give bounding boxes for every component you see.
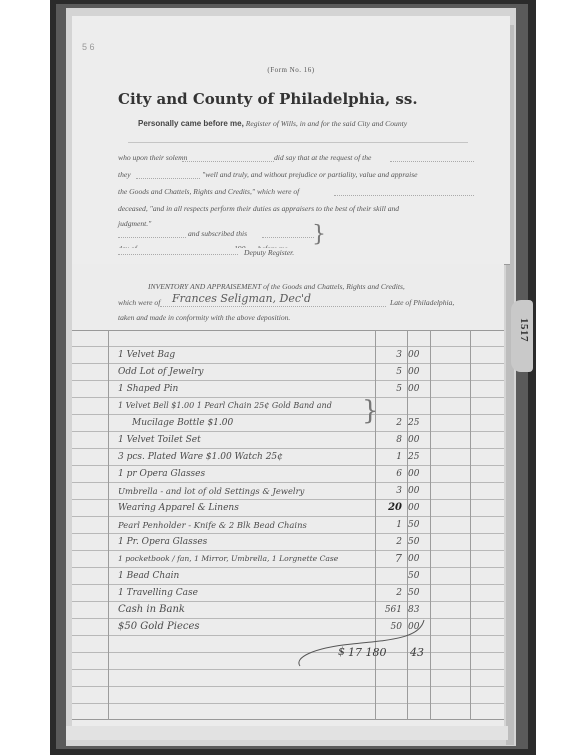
ledger-rule	[72, 499, 504, 500]
total-flourish	[292, 618, 432, 668]
inventory-line-2b: Late of Philadelphia,	[390, 298, 454, 307]
item-description: 1 Velvet Bag	[118, 350, 175, 360]
deposition-line-3b: "well and truly, and without prejudice o…	[202, 170, 418, 179]
item-dollars: 3	[372, 350, 402, 360]
item-description: Pearl Penholder - Knife & 2 Blk Bead Cha…	[118, 520, 307, 530]
total-cents: 43	[410, 646, 424, 659]
item-description: Wearing Apparel & Linens	[118, 503, 239, 513]
form-number: (Form No. 16)	[72, 66, 510, 74]
deposition-line-2b: did say that at the request of the	[274, 153, 371, 162]
item-description: 1 Shaped Pin	[118, 384, 178, 394]
extra-column-rule	[470, 330, 471, 720]
ledger-rule	[72, 601, 504, 602]
ledger-rule	[72, 618, 504, 619]
deputy-signature-line[interactable]	[118, 254, 238, 255]
item-description: $50 Gold Pieces	[118, 621, 200, 632]
item-cents: 25	[408, 418, 428, 428]
document-title: City and County of Philadelphia, ss.	[118, 90, 418, 108]
item-cents: 50	[408, 537, 428, 547]
item-dollars: 7	[372, 552, 402, 565]
item-cents: 00	[408, 384, 428, 394]
item-description: 1 Pr. Opera Glasses	[118, 537, 207, 547]
margin-column-rule	[108, 330, 109, 720]
ledger-rule	[72, 703, 504, 704]
decedent-field[interactable]	[160, 306, 386, 307]
deputy-register-row: Deputy Register.	[72, 248, 510, 264]
item-cents: 50	[408, 571, 428, 581]
ledger-rule	[72, 380, 504, 381]
deposition-lead: Personally came before me,	[138, 119, 244, 128]
ledger-rule	[72, 686, 504, 687]
ledger-rule	[72, 482, 504, 483]
item-cents: 00	[408, 503, 428, 513]
item-cents: 00	[408, 350, 428, 360]
item-cents: 25	[408, 452, 428, 462]
deposition-line-7: and subscribed this	[188, 229, 247, 238]
item-description: Umbrella - and lot of old Settings & Jew…	[118, 486, 304, 496]
blank-field[interactable]	[118, 237, 186, 238]
item-cents: 00	[408, 554, 428, 564]
ledger-rule	[72, 397, 504, 398]
item-cents: 00	[408, 486, 428, 496]
deposition-line-5: deceased, "and in all respects perform t…	[118, 204, 399, 213]
ledger-rule	[72, 448, 504, 449]
ledger-rule	[72, 363, 504, 364]
item-cents: 50	[408, 520, 428, 530]
item-description: 1 Velvet Bell $1.00 1 Pearl Chain 25¢ Go…	[118, 401, 332, 410]
item-dollars: 1	[372, 520, 402, 530]
item-dollars: 2	[372, 418, 402, 428]
item-description: 1 pocketbook / fan, 1 Mirror, Umbrella, …	[118, 554, 338, 563]
ledger-rule	[72, 414, 504, 415]
blank-field[interactable]	[390, 161, 474, 162]
item-cents: 00	[408, 469, 428, 479]
item-dollars: 5	[372, 384, 402, 394]
blank-field[interactable]	[136, 178, 200, 179]
item-dollars: 1	[372, 452, 402, 462]
ledger-rule	[72, 584, 504, 585]
ledger-rule	[72, 567, 504, 568]
item-cents: 00	[408, 367, 428, 377]
ledger-rule	[72, 431, 504, 432]
item-description: 1 Velvet Toilet Set	[118, 435, 201, 445]
item-dollars: 2	[372, 537, 402, 547]
item-dollars: 561	[372, 605, 402, 615]
deposition-line-6: judgment."	[118, 219, 151, 228]
item-dollars: 8	[372, 435, 402, 445]
ledger-rule	[72, 346, 504, 347]
deputy-register-label: Deputy Register.	[244, 248, 294, 257]
item-description: Odd Lot of Jewelry	[118, 367, 203, 377]
item-description: 1 Bead Chain	[118, 571, 179, 581]
item-cents: 83	[408, 605, 428, 615]
ledger-rule	[72, 533, 504, 534]
item-description: 3 pcs. Plated Ware $1.00 Watch 25¢	[118, 452, 283, 462]
item-cents: 50	[408, 588, 428, 598]
deposition-line-3a: they	[118, 170, 131, 179]
item-description: 1 Travelling Case	[118, 588, 198, 598]
ledger-rule	[72, 635, 504, 636]
binder-tab-label: 1517	[518, 318, 530, 342]
item-dollars: 3	[372, 486, 402, 496]
item-dollars: 5	[372, 367, 402, 377]
deposition-section: 5 6 (Form No. 16) City and County of Phi…	[72, 16, 510, 265]
pencil-note: 5 6	[82, 42, 95, 52]
item-description: Mucilage Bottle $1.00	[132, 418, 233, 428]
item-dollars: 6	[372, 469, 402, 479]
ledger-rule	[72, 550, 504, 551]
ledger-rule	[72, 669, 504, 670]
ledger-rule	[72, 652, 504, 653]
decedent-name: Frances Seligman, Dec'd	[172, 292, 311, 305]
ledger-top-rule	[72, 330, 504, 331]
item-dollars: 20	[372, 502, 402, 513]
divider	[128, 142, 468, 143]
brace: }	[312, 222, 326, 247]
total-amount: 17 180	[348, 646, 387, 659]
item-description: 1 pr Opera Glasses	[118, 469, 205, 479]
ledger-rule	[72, 465, 504, 466]
deposition-line-4: the Goods and Chattels, Rights and Credi…	[118, 187, 299, 196]
item-description: Cash in Bank	[118, 604, 185, 615]
blank-field[interactable]	[334, 195, 474, 196]
item-dollars: 2	[372, 588, 402, 598]
page-bottom-edge	[66, 726, 508, 740]
inventory-heading: INVENTORY AND APPRAISEMENT of the Goods …	[148, 282, 405, 291]
inventory-ledger: 1 Velvet Bag 3 00 Odd Lot of Jewelry 5 0…	[72, 330, 504, 720]
inventory-line-3: taken and made in conformity with the ab…	[118, 313, 290, 322]
ledger-rule	[72, 516, 504, 517]
item-cents: 00	[408, 435, 428, 445]
inventory-line-2a: which were of	[118, 298, 160, 307]
deposition-line-1: Personally came before me, Register of W…	[138, 119, 407, 128]
total-dollar-sign: $	[338, 645, 345, 658]
deposition-line-1-rest: Register of Wills, in and for the said C…	[246, 119, 407, 128]
deposition-line-2a: who upon their solemn	[118, 153, 187, 162]
blank-field[interactable]	[262, 237, 314, 238]
ledger-bottom-rule	[72, 719, 504, 720]
blank-field[interactable]	[182, 161, 274, 162]
